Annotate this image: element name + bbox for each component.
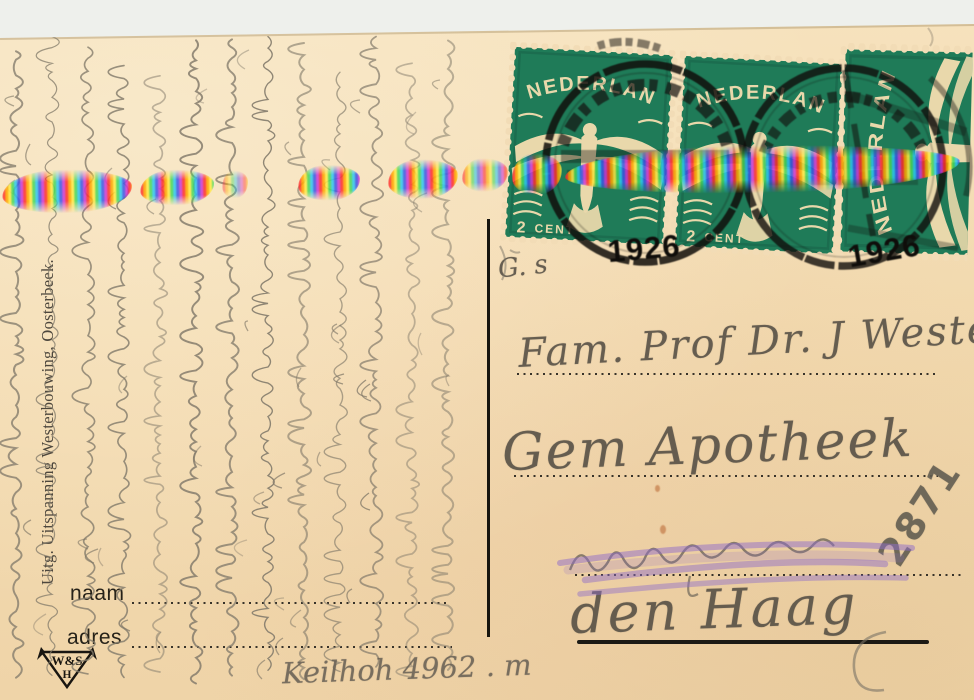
postcard-scan: Uitg. Uitspanning Westerbouwing, Oosterb… bbox=[0, 0, 974, 700]
postcard-back: Uitg. Uitspanning Westerbouwing, Oosterb… bbox=[0, 0, 974, 700]
pencil-extras bbox=[0, 0, 974, 700]
